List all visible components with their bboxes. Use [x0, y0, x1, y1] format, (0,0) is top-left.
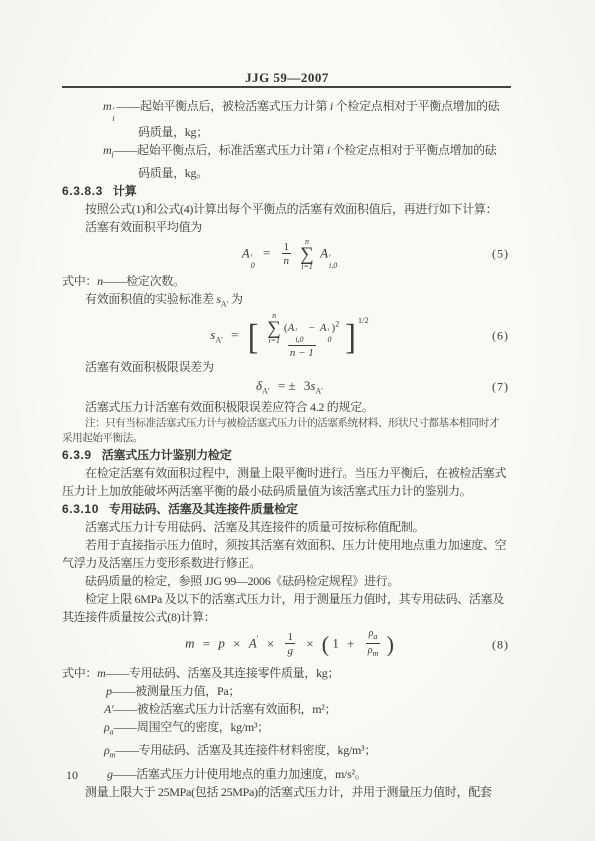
equation-number: (7) [492, 379, 509, 394]
definition-line: ρm——专用砝码、活塞及其连接件材料密度，kg/m³； [62, 741, 517, 764]
fraction: n∑i=1(A′i,0−A′0)2n − 1 [262, 312, 341, 360]
definition-line: 式中：m——专用砝码、活塞及其连接零件质量，kg； [62, 664, 517, 682]
paragraph-line: 有效面积值的实验标准差 sA′ 为 [62, 290, 517, 313]
definition-line: p——被测量压力值，Pa； [62, 682, 517, 700]
fraction: ρaρm [366, 628, 381, 661]
equation-number: (5) [492, 247, 509, 262]
summation: n∑i=1 [267, 312, 281, 345]
paragraph-line: 活塞有效面积极限误差为 [62, 358, 517, 376]
equation-number: (6) [492, 328, 509, 343]
paragraph-line: 压力计上加放能破坏两活塞平衡的最小砝码质量值为该活塞式压力计的鉴别力。 [62, 482, 517, 500]
definition-continuation: 码质量，kg； [62, 123, 517, 141]
symbol-supsub: ′i [112, 108, 114, 123]
section-heading-639: 6.3.9活塞式压力计鉴别力检定 [62, 446, 517, 464]
definition-line: A′——被检活塞式压力计活塞有效面积，m²； [62, 700, 517, 718]
header-rule [62, 86, 511, 88]
page-number: 10 [66, 768, 78, 783]
paragraph-line: 若用于直接指示压力值时，须按其活塞有效面积、压力计使用地点重力加速度、空 [62, 536, 517, 554]
note-line: 注：只有当标准活塞式压力计与被检活塞式压力计的活塞系统材料、形状尺寸都基本相同时… [62, 416, 517, 431]
section-heading-6310: 6.3.10专用砝码、活塞及其连接件质量检定 [62, 500, 517, 518]
section-heading-6383: 6.3.8.3计算 [62, 182, 517, 200]
left-paren: ( [322, 632, 329, 657]
definition-continuation: 码质量，kg。 [62, 164, 517, 182]
formula-5: A′0 = 1n n∑i=1 A′i,0 (5) [62, 236, 517, 272]
note-line: 采用起始平衡法。 [62, 431, 517, 446]
right-bracket: ] [345, 318, 356, 354]
fraction: 1g [285, 631, 295, 658]
fraction: 1n [282, 241, 292, 268]
paragraph-line: 按照公式(1)和公式(4)计算出每个平衡点的活塞有效面积值后，再进行如下计算： [62, 200, 517, 218]
symbol-m-prime: m [103, 99, 111, 113]
formula-7: δA′ = ± 3sA′ (7) [62, 376, 517, 398]
definition-line: ρa——周围空气的密度，kg/m³； [62, 718, 517, 741]
paragraph-line: 活塞有效面积平均值为 [62, 218, 517, 236]
left-bracket: [ [248, 318, 259, 354]
closing-paragraph-line: 测量上限大于 25MPa(包括 25MPa)的活塞式压力计，并用于测量压力值时，… [62, 783, 517, 801]
paragraph-line: 气浮力及活塞压力变形系数进行修正。 [62, 554, 517, 572]
equation-number: (8) [492, 637, 509, 652]
formula-6: sA′ = [n∑i=1(A′i,0−A′0)2n − 1]1/2 (6) [62, 314, 517, 358]
paragraph-line: 其连接件质量按公式(8)计算： [62, 608, 517, 626]
summation: n∑i=1 [300, 238, 314, 271]
document-page: JJG 59—2007 m′i——起始平衡点后，被检活塞式压力计第 i 个检定点… [0, 0, 595, 841]
page-content: m′i——起始平衡点后，被检活塞式压力计第 i 个检定点相对于平衡点增加的砝 码… [62, 97, 517, 801]
paragraph-line: 式中：n——检定次数。 [62, 272, 517, 290]
paragraph-line: 检定上限 6MPa 及以下的活塞式压力计，用于测量压力值时，其专用砝码、活塞及 [62, 590, 517, 608]
definition-line: g——活塞式压力计使用地点的重力加速度，m/s²。 [62, 765, 517, 783]
paragraph-line: 在检定活塞有效面积过程中，测量上限平衡时进行。当压力平衡后，在被检活塞式 [62, 464, 517, 482]
paragraph-line: 活塞式压力计活塞有效面积极限误差应符合 4.2 的规定。 [62, 398, 517, 416]
paragraph-line: 砝码质量的检定，参照 JJG 99—2006《砝码检定规程》进行。 [62, 572, 517, 590]
definition-line: mi——起始平衡点后，标准活塞式压力计第 i 个检定点相对于平衡点增加的砝 [62, 141, 517, 164]
page-header: JJG 59—2007 [62, 70, 512, 86]
formula-8: m = p × A′ × 1g × ( 1 + ρaρm ) (8) [62, 626, 517, 664]
right-paren: ) [387, 632, 394, 657]
paragraph-line: 活塞式压力计专用砝码、活塞及其连接件的质量可按标称值配制。 [62, 518, 517, 536]
definition-line: m′i——起始平衡点后，被检活塞式压力计第 i 个检定点相对于平衡点增加的砝 [62, 97, 517, 123]
